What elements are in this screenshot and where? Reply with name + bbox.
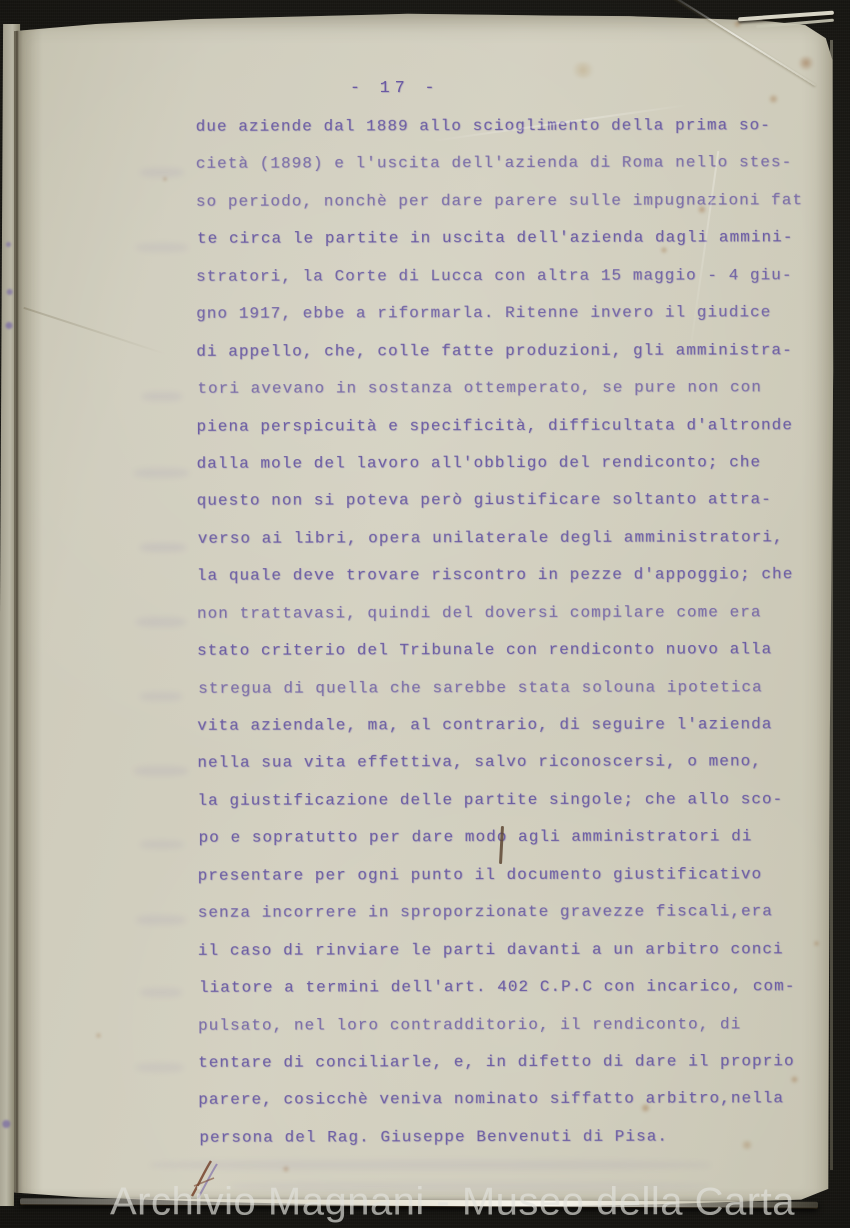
binding-gutter-shadow [14, 12, 42, 1208]
document-page: - 17 - due aziende dal 1889 allo sciogli… [14, 12, 834, 1208]
text-line: questo non si poteva però giustificare s… [197, 482, 822, 521]
text-line: so periodo, nonchè per dare parere sulle… [196, 182, 821, 221]
text-line: verso ai libri, opera unilaterale degli … [198, 519, 823, 558]
text-line: po e sopratutto per dare modo agli ammin… [198, 818, 823, 857]
text-line: parere, cosicchè veniva nominato siffatt… [198, 1081, 823, 1120]
text-line: tentare di conciliarle, e, in difetto di… [198, 1043, 823, 1082]
text-line: piena perspicuità e specificità, difficu… [196, 407, 821, 446]
text-line: dalla mole del lavoro all'obbligo del re… [197, 444, 822, 483]
text-line: tori avevano in sostanza ottemperato, se… [197, 369, 822, 408]
binding-gutter-line [16, 12, 18, 1208]
bleedthrough-dot [6, 242, 11, 247]
text-line: il caso di rinviare le parti davanti a u… [198, 931, 823, 970]
text-line: presentare per ogni punto il documento g… [198, 856, 823, 895]
text-line: senza incorrere in sproporzionate gravez… [198, 893, 823, 932]
archive-watermark: Archivio Magnani - Museo della Carta [110, 1180, 795, 1224]
text-line: persona del Rag. Giuseppe Benvenuti di P… [199, 1118, 824, 1157]
typed-text-block: due aziende dal 1889 allo scioglimento d… [196, 107, 824, 1157]
text-line: due aziende dal 1889 allo scioglimento d… [196, 107, 821, 146]
text-line: la quale deve trovare riscontro in pezze… [197, 556, 822, 595]
text-line: cietà (1898) e l'uscita dell'azienda di … [196, 145, 821, 184]
text-line: te circa le partite in uscita dell'azien… [197, 219, 822, 258]
text-line: di appello, che, colle fatte produzioni,… [196, 332, 821, 371]
text-line: stregua di quella che sarebbe stata solo… [198, 669, 823, 708]
text-line: liatore a termini dell'art. 402 C.P.C co… [199, 968, 824, 1007]
bleedthrough-dot [5, 322, 12, 329]
text-line: non trattavasi, quindi del doversi compi… [197, 594, 822, 633]
scanned-document-view: - 17 - due aziende dal 1889 allo sciogli… [0, 0, 850, 1228]
text-line: gno 1917, ebbe a riformarla. Ritenne inv… [196, 294, 821, 333]
text-line: la giustificazione delle partite singole… [197, 781, 822, 820]
text-line: pulsato, nel loro contradditorio, il ren… [198, 1006, 823, 1045]
text-line: vita aziendale, ma, al contrario, di seg… [197, 706, 822, 745]
text-line: nella sua vita effettiva, salvo riconosc… [197, 744, 822, 783]
text-line: stratori, la Corte di Lucca con altra 15… [196, 257, 821, 296]
text-line: stato criterio del Tribunale con rendico… [197, 631, 822, 670]
bleedthrough-dot [7, 289, 13, 295]
page-number: - 17 - [350, 78, 439, 97]
bleedthrough-dot [2, 1120, 10, 1128]
